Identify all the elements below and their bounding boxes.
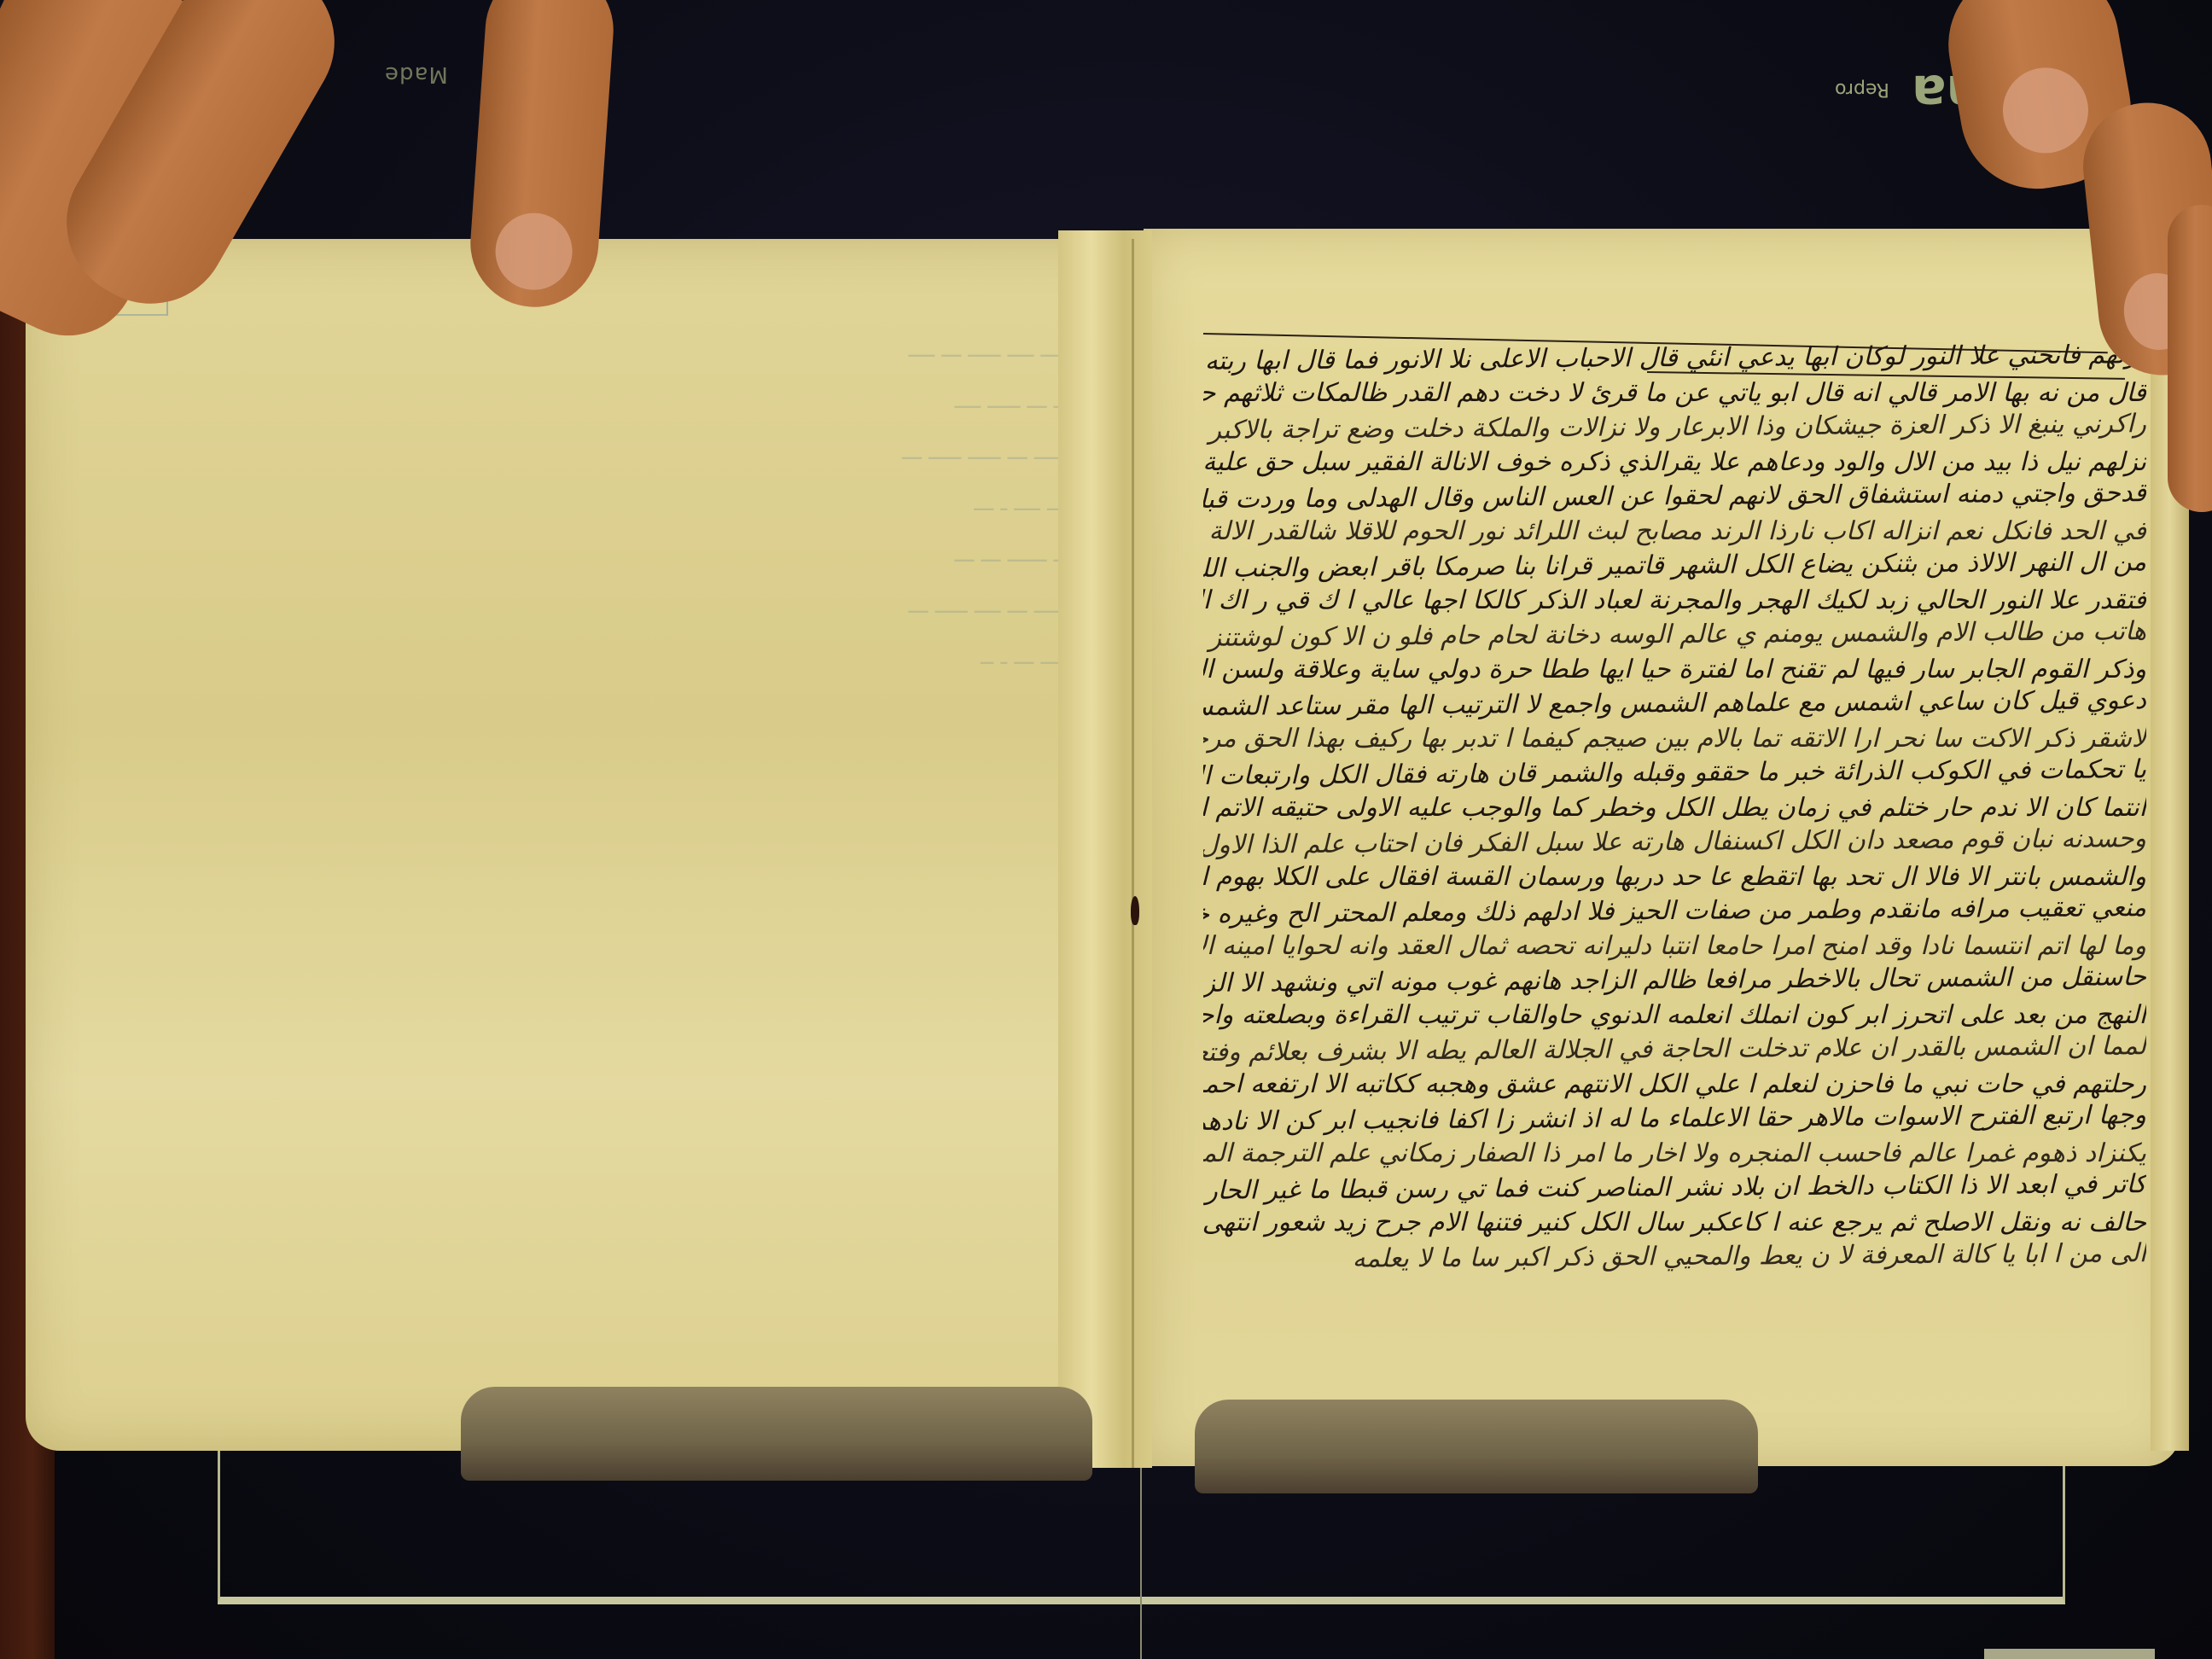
- manuscript-line: يكنزاد ذهوم غمرا عالم فاحسب المنجره ولا …: [1203, 1137, 2146, 1172]
- book-spine: [1058, 230, 1152, 1468]
- damaged-bottom-edge-right: [1195, 1400, 1758, 1493]
- fingernail: [1996, 61, 2095, 160]
- manuscript-line: وذكر القوم الجابر سار فيها لم تقنح اما ل…: [1203, 653, 2146, 688]
- scanner-corner-tab: [1984, 1649, 2155, 1659]
- ghost-line: ـــــ ـــ ــــ ـــــ ـــ: [213, 580, 1067, 632]
- manuscript-line: لاشقر ذكر الاكت سا نحر ارا الاتقه تما با…: [1203, 722, 2146, 757]
- ghost-line: ــ ـــ ـــــ ــــ: [213, 375, 1067, 427]
- manuscript-line: فتقدر علا النور الحالي زبد لكيك الهجر وا…: [1203, 584, 2146, 619]
- manuscript-photo-scene: Made Repro ma ــــ ــــ ـــــ ـــ ــــ ـ…: [0, 0, 2212, 1659]
- fingernail: [493, 211, 575, 293]
- manuscript-line: في الحد فانكل نعم انزاله اكاب نارذا الرن…: [1203, 515, 2146, 550]
- manuscript-line: منعي تعقيب مرافه مانقدم وطمر من صفات الح…: [1203, 891, 2146, 932]
- right-hand-finger: [2168, 205, 2212, 512]
- scanner-brand-sub: Repro: [1835, 79, 1889, 100]
- manuscript-text-block: نزلهم فانحني علا النور لوكان ابها يدعي ا…: [1203, 341, 2146, 1275]
- left-page-bleedthrough: ــــ ــــ ـــــ ـــ ــــ ــ ـــ ـــــ ــ…: [213, 324, 1067, 683]
- ghost-line: ـــ ــــ ـ ـــ: [213, 478, 1067, 529]
- manuscript-line: نزلهم فانحني علا النور لوكان ابها يدعي ا…: [1203, 338, 2146, 379]
- manuscript-line: يا تحكمات في الكوكب الذرائة خبر ما حققو …: [1203, 753, 2146, 794]
- ghost-line: ــ ــــــ ـــ ـــ: [213, 529, 1067, 580]
- manuscript-line: الى من ا ابا يا كالة المعرفة لا ن يعط وا…: [1203, 1237, 2146, 1278]
- manuscript-line: راكرني ينبغ الا ذكر العزة جيشكان وذا الا…: [1203, 407, 2146, 448]
- manuscript-line: نزلهم نيل ذا بيد من الال والود ودعاهم عل…: [1203, 445, 2146, 480]
- manuscript-line: رحلتهم في حات نبي ما فاحزن لنعلم ا علي ا…: [1203, 1068, 2146, 1103]
- manuscript-line: لمما ان الشمس بالقدر ان علام تدخلت الحاج…: [1203, 1029, 2146, 1070]
- manuscript-line: هاتب من طالب الام والشمس يومنم ي عالم ال…: [1203, 614, 2146, 655]
- spine-fold-line: [1132, 239, 1134, 1468]
- manuscript-line: كاتر في ابعد الا ذا الكتاب دالخط ان بلاد…: [1203, 1167, 2146, 1208]
- manuscript-line: قدحق واجتي دمنه استشفاق الحق لانهم لحقوا…: [1203, 476, 2146, 517]
- manuscript-line: قال من نه بها الامر قالي انه قال ابو يات…: [1203, 376, 2146, 411]
- damaged-bottom-edge-left: [461, 1387, 1092, 1481]
- manuscript-line: النهج من بعد على اتحرز ابر كون انملك انع…: [1203, 998, 2146, 1033]
- manuscript-line: وجها ارتبع الفترح الاسوات مالاهر حقا الا…: [1203, 1098, 2146, 1139]
- scanner-center-line: [1140, 1442, 1142, 1659]
- ghost-line: ــــ ـــ ـ ــ: [213, 632, 1067, 683]
- manuscript-line: وما لها اتم انتسما نادا وقد امنح امرا حا…: [1203, 929, 2146, 964]
- manuscript-line: دعوي قيل كان ساعي اشمس مع علماهم الشمس و…: [1203, 684, 2146, 725]
- manuscript-line: من ال النهر الالاذ من بثنكن يضاع الكل ال…: [1203, 545, 2146, 586]
- ghost-line: ـــــ ـــ ـــــ ـــــ ـــ: [213, 427, 1067, 478]
- ghost-line: ــــ ــــ ـــــ ـــ ــــ: [213, 324, 1067, 375]
- manuscript-line: حالف نه ونقل الاصلح ثم يرجع عنه ا كاعكبر…: [1203, 1206, 2146, 1241]
- manuscript-line: والشمس بانتر الا فالا ال تحد بها اتقطع ع…: [1203, 860, 2146, 895]
- manuscript-line: حاسنقل من الشمس تحال بالاخطر مرافعا ظالم…: [1203, 960, 2146, 1001]
- manuscript-line: وحسدنه نبان قوم مصعد دان الكل اكسنفال ها…: [1203, 822, 2146, 863]
- ink-blot: [1131, 896, 1139, 925]
- manuscript-line: انتما كان الا ندم حار ختلم في زمان يطل ا…: [1203, 791, 2146, 826]
- scanner-label-made: Made: [384, 61, 448, 87]
